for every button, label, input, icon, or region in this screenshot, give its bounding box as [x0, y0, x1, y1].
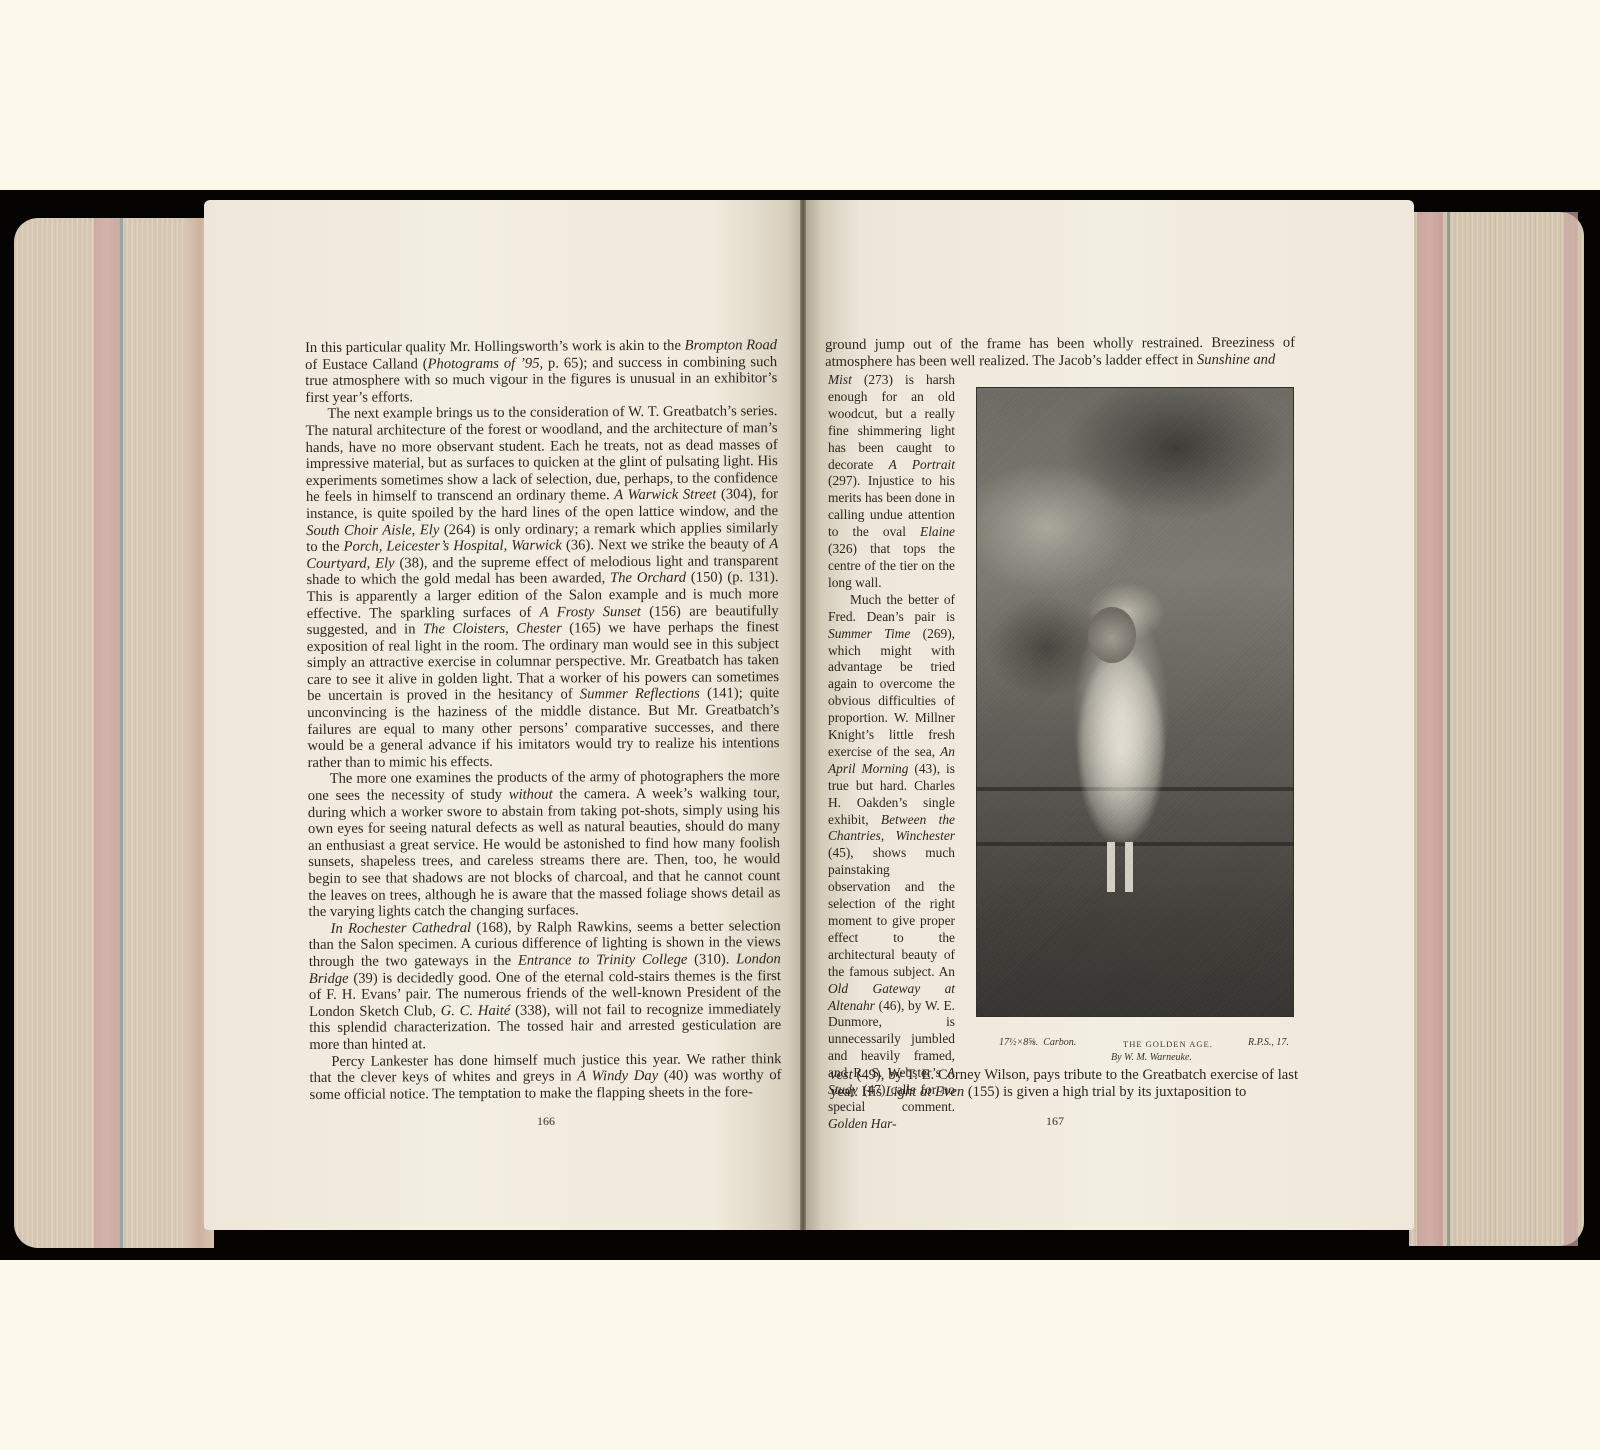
paragraph: The more one examines the products of th… — [308, 769, 781, 921]
left-page-body: In this particular quality Mr. Hollingsw… — [305, 337, 782, 1103]
page-block-right-edge — [1409, 212, 1584, 1246]
right-page-wrapped-text: Mist (273) is harsh enough for an old wo… — [828, 372, 955, 1133]
italic-title: Elaine — [920, 524, 955, 539]
plate-society: R.P.S., 17. — [1248, 1037, 1289, 1048]
italic-title: G. C. Haité — [441, 1003, 511, 1019]
girl-legs — [1101, 842, 1141, 892]
paragraph: Much the better of Fred. Dean’s pair is … — [828, 592, 955, 1133]
girl-head — [1088, 607, 1136, 663]
right-page-bottom-text: vest (49), by T. E. Corney Wilson, pays … — [830, 1067, 1298, 1100]
open-book — [14, 200, 1584, 1252]
ribbon-marker — [1447, 212, 1450, 1246]
page-number-left: 166 — [537, 1114, 555, 1129]
page-number-right: 167 — [1046, 1114, 1064, 1129]
paragraph: The next example brings us to the consid… — [305, 403, 779, 771]
italic-title: A Warwick Street — [614, 487, 716, 504]
step-shadow — [976, 787, 1294, 791]
italic-title: The Cloisters, Chester — [423, 621, 562, 638]
plate-size: 17½×8⅝. Carbon. — [999, 1037, 1076, 1048]
plate-author: By W. M. Warneuke. — [1111, 1052, 1192, 1063]
ribbon-marker — [120, 218, 123, 1248]
italic-title: Brompton Road — [685, 337, 777, 354]
italic-title: A Windy Day — [577, 1068, 658, 1084]
text-run: (269), which might with advantage be tri… — [828, 626, 955, 759]
italic-title: Light at Even — [886, 1084, 965, 1100]
girl-figure — [1076, 647, 1166, 847]
italic-title: Porch, Leicester’s Hospital, Warwick — [344, 538, 562, 555]
italic-title: Mist — [828, 372, 852, 387]
italic-title: vest — [830, 1067, 853, 1083]
plate-process: Carbon. — [1043, 1037, 1076, 1048]
italic-title: Golden Har- — [828, 1116, 897, 1131]
paragraph: Mist (273) is harsh enough for an old wo… — [828, 372, 955, 592]
plate-title: The Golden Age. — [1123, 1039, 1213, 1049]
italic-title: Summer Time — [828, 626, 910, 641]
paragraph: vest (49), by T. E. Corney Wilson, pays … — [830, 1067, 1298, 1100]
red-edge-band — [1417, 212, 1443, 1246]
text-run: Much the better of Fred. Dean’s pair is — [828, 592, 955, 624]
italic-title: In Rochester Cathedral — [331, 920, 472, 937]
italic-title: The Orchard — [610, 570, 686, 586]
paragraph: In this particular quality Mr. Hollingsw… — [305, 337, 777, 406]
text-run: (326) that tops the centre of the tier o… — [828, 541, 955, 590]
edge-shade — [1564, 212, 1578, 1246]
red-edge-band — [94, 218, 120, 1248]
paragraph: ground jump out of the frame has been wh… — [825, 335, 1295, 371]
italic-title: Entrance to Trinity College — [518, 952, 688, 969]
italic-title: A Portrait — [889, 457, 955, 472]
text-run: (45), shows much painstaking observation… — [828, 845, 955, 978]
text-run: (155) is given a high trial by its juxta… — [964, 1084, 1246, 1100]
plate-dimensions: 17½×8⅝. — [999, 1037, 1038, 1048]
page-block-left-edge — [14, 218, 214, 1248]
paragraph: In Rochester Cathedral (168), by Ralph R… — [309, 918, 782, 1054]
step-shadow — [976, 842, 1294, 846]
text-run: (36). Next we strike the beauty of — [562, 536, 770, 553]
italic-title: without — [509, 787, 553, 803]
italic-title: A Frosty Sunset — [540, 603, 641, 620]
text-run: (310). — [687, 951, 736, 967]
photo-plate-golden-age — [976, 387, 1294, 1017]
text-run: of Eustace Calland ( — [305, 356, 428, 373]
paragraph: Percy Lankester has done himself much ju… — [309, 1051, 781, 1104]
text-run: the camera. A week’s walking tour, durin… — [308, 785, 781, 920]
italic-title: Summer Reflections — [580, 686, 700, 703]
right-page-top-text: ground jump out of the frame has been wh… — [825, 335, 1295, 371]
italic-title: South Choir Aisle, Ely — [306, 522, 439, 539]
text-run: In this particular quality Mr. Hollingsw… — [305, 338, 685, 356]
italic-title: Sunshine and — [1197, 351, 1275, 367]
italic-title: Photograms of ’95 — [428, 355, 540, 372]
book-gutter — [800, 200, 806, 1230]
